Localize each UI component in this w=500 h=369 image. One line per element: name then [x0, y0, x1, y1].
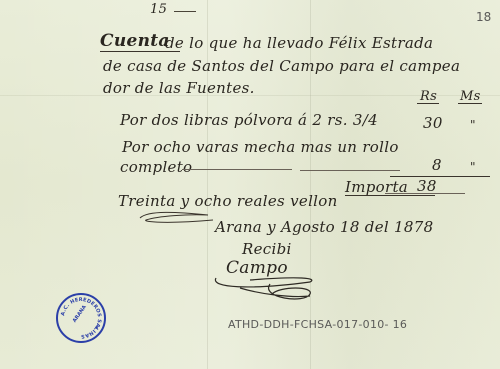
page-number: 15 [150, 2, 167, 17]
column-header-underline [417, 103, 439, 104]
item-1-description: Por dos libras pólvora á 2 rs. 3/4 [120, 111, 378, 129]
received-label: Recibi [242, 240, 292, 258]
column-header-underline [458, 103, 482, 104]
item-2-maravedis: " [470, 160, 476, 174]
total-separator-line [390, 176, 490, 177]
svg-text:A.C. HEREDEROS SALINAS: A.C. HEREDEROS SALINAS [60, 297, 102, 339]
folio-number: 18 [476, 10, 491, 24]
stamp-star-icon: ★ [95, 325, 99, 331]
total-underline [345, 195, 435, 196]
item-2-reales: 8 [432, 156, 442, 174]
item-1-maravedis: " [470, 118, 476, 132]
item-2-description-line-2: completo [120, 158, 192, 176]
item-2-fill-line [182, 169, 292, 170]
paper-fold-vertical [207, 0, 208, 369]
heading-title: Cuenta [100, 31, 170, 51]
heading-line-1: de lo que ha llevado Félix Estrada [165, 34, 433, 52]
archive-reference: ATHD-DDH-FCHSA-017-010- 16 [228, 318, 407, 331]
archive-stamp: A.C. HEREDEROS SALINAS ARANA ★ [56, 293, 106, 343]
page-number-underline [174, 11, 196, 12]
item-1-reales: 30 [423, 114, 443, 132]
stamp-ring-text-icon: A.C. HEREDEROS SALINAS [56, 293, 106, 343]
item-2-description-line-1: Por ocho varas mecha mas un rollo [122, 138, 399, 156]
paper-fold-vertical [310, 0, 311, 369]
item-2-fill-line [300, 170, 400, 171]
signature-flourish-icon [210, 268, 320, 308]
total-underline-2 [385, 193, 465, 194]
place-and-date: Arana y Agosto 18 del 1878 [215, 218, 433, 236]
column-header-reales: Rs [420, 89, 437, 104]
flourish-icon [138, 208, 218, 228]
heading-line-3: dor de las Fuentes. [103, 79, 255, 97]
heading-line-2: de casa de Santos del Campo para el camp… [103, 57, 460, 75]
column-header-maravedis: Ms [460, 89, 481, 104]
